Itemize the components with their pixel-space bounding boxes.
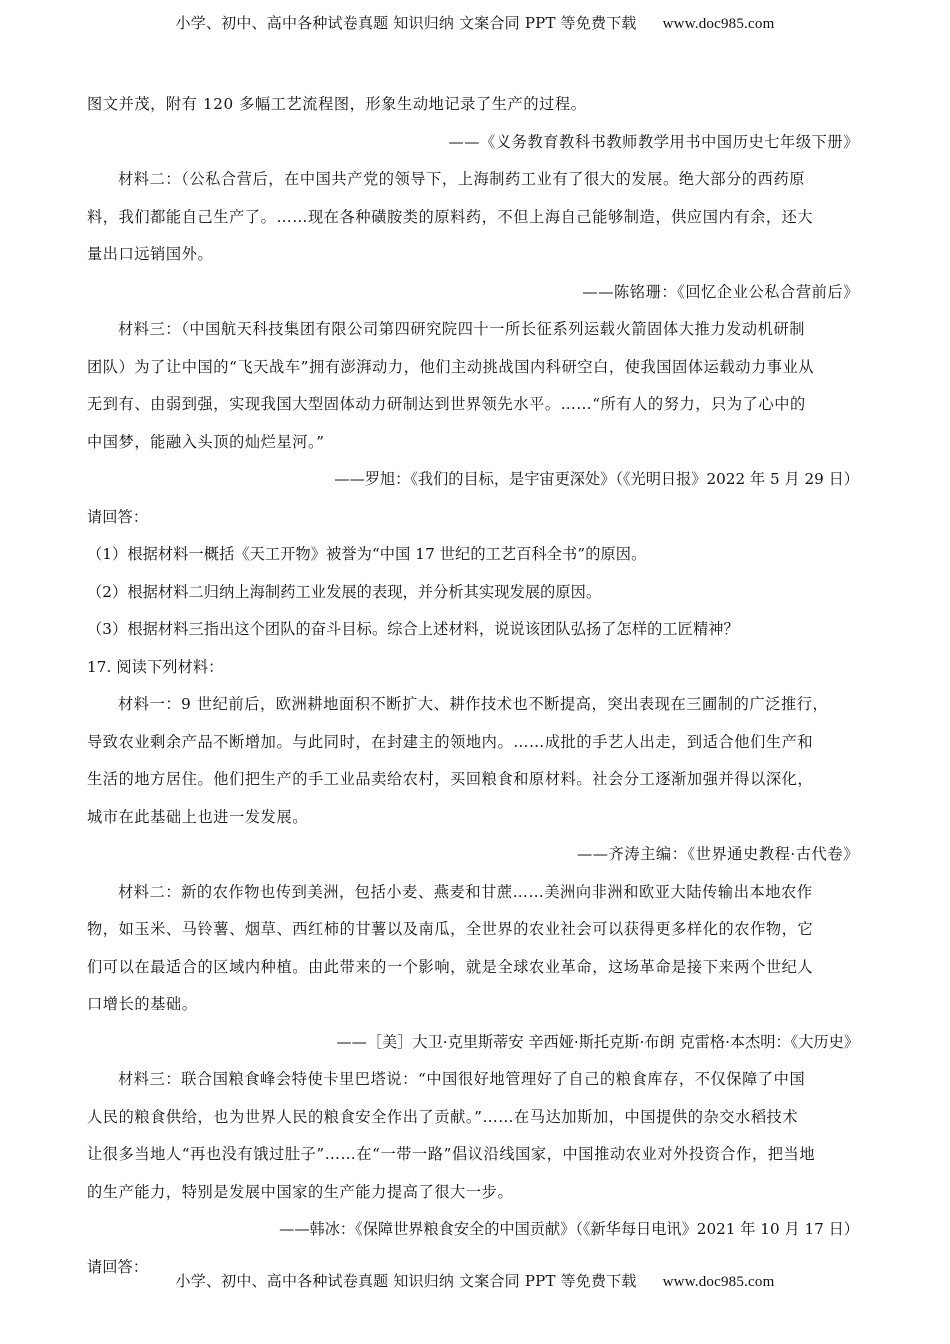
- q17-material2-line: 们可以在最适合的区域内种植。由此带来的一个影响，就是全球农业革命，这场革命是接下…: [87, 949, 859, 987]
- q17-title: 17. 阅读下列材料：: [87, 649, 859, 687]
- q17-material2-line: 物，如玉米、马铃薯、烟草、西红柿的甘薯以及南瓜，全世界的农业社会可以获得更多样化…: [87, 911, 859, 949]
- header-text: 小学、初中、高中各种试卷真题 知识归纳 文案合同 PPT 等免费下载: [176, 14, 637, 32]
- q17-material3-line: 材料三：联合国粮食峰会特使卡里巴塔说：“中国很好地管理好了自己的粮食库存，不仅保…: [87, 1061, 859, 1099]
- q16-material2-line: 材料二：（公私合营后，在中国共产党的领导下，上海制药工业有了很大的发展。绝大部分…: [87, 161, 859, 199]
- q16-material2-line: 料，我们都能自己生产了。……现在各种磺胺类的原料药，不但上海自己能够制造，供应国…: [87, 199, 859, 237]
- header-site-link[interactable]: www.doc985.com: [663, 16, 775, 32]
- q16-material3-line: 中国梦，能融入头顶的灿烂星河。”: [87, 424, 859, 462]
- q16-question-3: （3）根据材料三指出这个团队的奋斗目标。综合上述材料，说说该团队弘扬了怎样的工匠…: [87, 611, 859, 649]
- q16-material3-line: 团队）为了让中国的“飞天战车”拥有澎湃动力，他们主动挑战国内科研空白，使我国固体…: [87, 349, 859, 387]
- q17-material3-line: 人民的粮食供给，也为世界人民的粮食安全作出了贡献。”……在马达加斯加，中国提供的…: [87, 1099, 859, 1137]
- footer-text: 小学、初中、高中各种试卷真题 知识归纳 文案合同 PPT 等免费下载: [176, 1272, 637, 1290]
- q16-question-1: （1）根据材料一概括《天工开物》被誉为“中国 17 世纪的工艺百科全书”的原因。: [87, 536, 859, 574]
- q16-material2-source: ——陈铭珊：《回忆企业公私合营前后》: [87, 274, 859, 312]
- q16-material3-source: ——罗旭：《我们的目标，是宇宙更深处》（《光明日报》2022 年 5 月 29 …: [87, 461, 859, 499]
- q16-material2-line: 量出口远销国外。: [87, 236, 859, 274]
- q16-material3-line: 无到有、由弱到强，实现我国大型固体动力研制达到世界领先水平。……“所有人的努力，…: [87, 386, 859, 424]
- q17-material3-line: 的生产能力，特别是发展中国家的生产能力提高了很大一步。: [87, 1174, 859, 1212]
- q17-material1-source: ——齐涛主编：《世界通史教程·古代卷》: [87, 836, 859, 874]
- q17-material1-line: 城市在此基础上也进一发发展。: [87, 799, 859, 837]
- q17-material1-line: 材料一：9 世纪前后，欧洲耕地面积不断扩大、耕作技术也不断提高，突出表现在三圃制…: [87, 686, 859, 724]
- q17-material2-line: 口增长的基础。: [87, 986, 859, 1024]
- q17-material3-line: 让很多当地人“再也没有饿过肚子”……在“一带一路”倡议沿线国家，中国推动农业对外…: [87, 1136, 859, 1174]
- q16-prompt: 请回答：: [87, 499, 859, 537]
- q16-material1-source: ——《义务教育教科书教师教学用书中国历史七年级下册》: [87, 124, 859, 162]
- q16-material1-line: 图文并茂，附有 120 多幅工艺流程图，形象生动地记录了生产的过程。: [87, 86, 859, 124]
- q17-material2-source: ——［美］大卫·克里斯蒂安 辛西娅·斯托克斯·布朗 克雷格·本杰明：《大历史》: [87, 1024, 859, 1062]
- page-footer: 小学、初中、高中各种试卷真题 知识归纳 文案合同 PPT 等免费下载www.do…: [0, 1270, 950, 1291]
- footer-site-link[interactable]: www.doc985.com: [663, 1274, 775, 1290]
- q17-material1-line: 导致农业剩余产品不断增加。与此同时，在封建主的领地内。……成批的手艺人出走，到适…: [87, 724, 859, 762]
- q17-material2-line: 材料二：新的农作物也传到美洲，包括小麦、燕麦和甘蔗……美洲向非洲和欧亚大陆传输出…: [87, 874, 859, 912]
- q17-material3-source: ——韩冰：《保障世界粮食安全的中国贡献》（《新华每日电讯》2021 年 10 月…: [87, 1211, 859, 1249]
- page-header: 小学、初中、高中各种试卷真题 知识归纳 文案合同 PPT 等免费下载www.do…: [0, 12, 950, 33]
- document-body: 图文并茂，附有 120 多幅工艺流程图，形象生动地记录了生产的过程。 ——《义务…: [87, 86, 859, 1286]
- q16-material3-line: 材料三：（中国航天科技集团有限公司第四研究院四十一所长征系列运载火箭固体大推力发…: [87, 311, 859, 349]
- q16-question-2: （2）根据材料二归纳上海制药工业发展的表现，并分析其实现发展的原因。: [87, 574, 859, 612]
- q17-material1-line: 生活的地方居住。他们把生产的手工业品卖给农村，买回粮食和原材料。社会分工逐渐加强…: [87, 761, 859, 799]
